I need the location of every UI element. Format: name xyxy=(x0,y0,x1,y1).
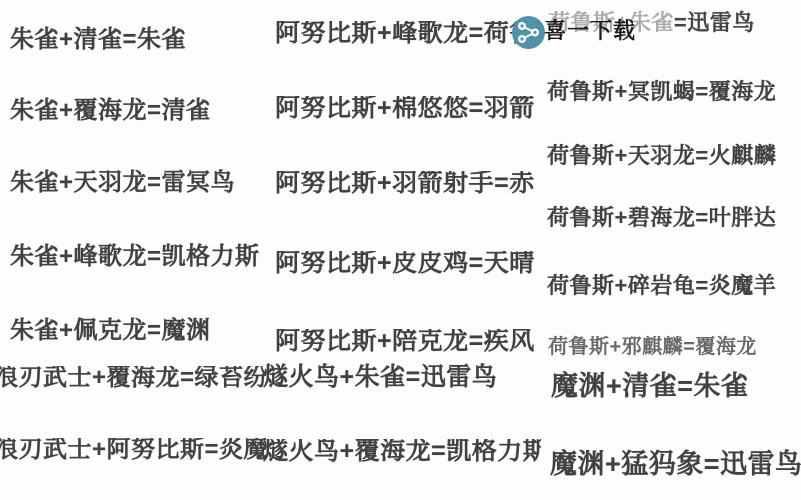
formula: 浪刃武士+阿努比斯=炎魔 xyxy=(0,438,266,462)
formula: 燧火鸟+覆海龙=凯格力斯 xyxy=(263,439,541,464)
formula: 荷鲁斯+碧海龙=叶胖达 xyxy=(547,207,776,229)
formula: 朱雀+覆海龙=清雀 xyxy=(10,99,211,123)
formula: 朱雀+峰歌龙=凯格力斯 xyxy=(10,245,260,269)
formula: 浪刃武士+覆海龙=绿苔纷 xyxy=(0,366,266,390)
fusion-formula-sheet: 朱雀+清雀=朱雀 朱雀+覆海龙=清雀 朱雀+天羽龙=雷冥鸟 朱雀+峰歌龙=凯格力… xyxy=(0,0,801,500)
formula: 朱雀+天羽龙=雷冥鸟 xyxy=(10,171,235,195)
formula: 燧火鸟+朱雀=迅雷鸟 xyxy=(263,365,497,390)
formula: 阿努比斯+皮皮鸡=天晴 xyxy=(275,251,541,276)
formula: 阿努比斯+陪克龙=疾风 xyxy=(275,329,538,354)
formula: 荷鲁斯+碎岩龟=炎魔羊 xyxy=(547,275,776,297)
formula: 荷鲁斯+冥凯蝎=覆海龙 xyxy=(547,81,776,103)
watermark-label: 喜一下载 xyxy=(544,20,636,42)
formula: 魔渊+清雀=朱雀 xyxy=(551,373,749,400)
formula: 荷鲁斯+天羽龙=火麒麟 xyxy=(547,145,776,167)
share-network-icon xyxy=(511,15,546,50)
formula: 朱雀+清雀=朱雀 xyxy=(10,28,186,52)
formula: 阿努比斯+峰歌龙=荷鲁斯 xyxy=(275,21,541,46)
formula: 魔渊+猛犸象=迅雷鸟 xyxy=(550,451,801,478)
formula-dark-part: =迅雷鸟 xyxy=(674,10,755,35)
formula: 朱雀+佩克龙=魔渊 xyxy=(10,319,211,343)
formula: 阿努比斯+棉悠悠=羽箭 xyxy=(275,96,541,121)
formula: 阿努比斯+羽箭射手=赤 xyxy=(275,171,541,196)
formula: 荷鲁斯+邪麒麟=覆海龙 xyxy=(548,337,757,357)
